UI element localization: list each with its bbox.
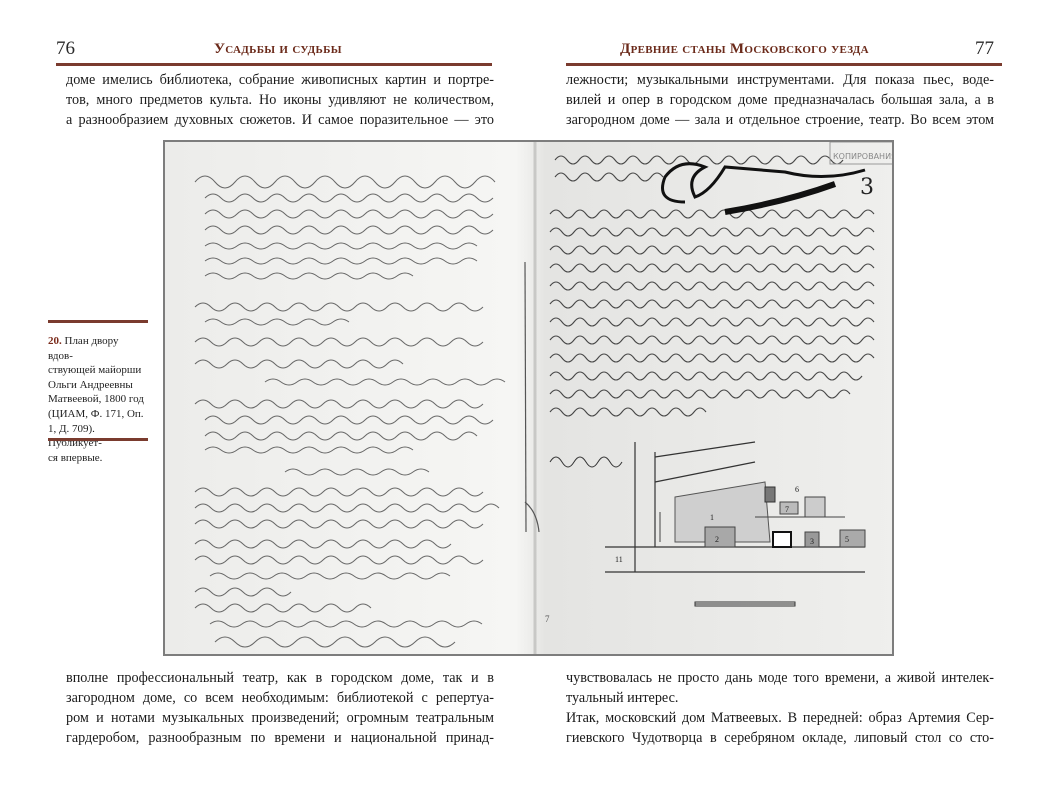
svg-text:6: 6 bbox=[795, 485, 799, 494]
page-number-right: 77 bbox=[975, 38, 994, 60]
figure-number: 20. bbox=[48, 335, 62, 347]
page-number-left: 76 bbox=[56, 38, 75, 60]
svg-text:7: 7 bbox=[545, 614, 550, 624]
header-rule-right bbox=[566, 63, 1002, 66]
svg-text:3: 3 bbox=[860, 175, 874, 200]
caption-line: Ольги Андреевны bbox=[48, 379, 133, 391]
figure-caption: 20. План двору вдов- ствующей майорши Ол… bbox=[48, 334, 144, 465]
svg-text:3: 3 bbox=[810, 537, 814, 546]
svg-text:2: 2 bbox=[715, 535, 719, 544]
caption-line: ся впервые. bbox=[48, 452, 102, 464]
text-line: вполне профессиональный театр, как в гор… bbox=[66, 668, 494, 688]
text-line: тов, много предметов культа. Но иконы уд… bbox=[66, 90, 494, 110]
svg-text:1: 1 bbox=[710, 513, 714, 522]
manuscript-image: 3 КОПИРОВАНИЯ 1 2 3 bbox=[165, 142, 894, 656]
manuscript-figure: 3 КОПИРОВАНИЯ 1 2 3 bbox=[163, 140, 894, 656]
right-top-paragraph: лежности; музыкальными инструментами. Дл… bbox=[566, 70, 994, 130]
caption-line: Матвеевой, 1800 год bbox=[48, 393, 144, 405]
text-line: загородном доме, со всем необходимым: би… bbox=[66, 688, 494, 708]
text-line: туальный интерес. bbox=[566, 688, 994, 708]
archive-stamp: КОПИРОВАНИЯ bbox=[833, 152, 894, 161]
left-top-paragraph: доме имелись библиотека, собрание живопи… bbox=[66, 70, 494, 130]
text-line: ром и нотами музыкальных произведений; о… bbox=[66, 708, 494, 728]
left-bottom-paragraph: вполне профессиональный театр, как в гор… bbox=[66, 668, 494, 748]
text-line: а разнообразием духовных сюжетов. И само… bbox=[66, 110, 494, 130]
right-bottom-paragraph: чувствовалась не просто дань моде того в… bbox=[566, 668, 994, 748]
text-line: лежности; музыкальными инструментами. Дл… bbox=[566, 70, 994, 90]
text-line: доме имелись библиотека, собрание живопи… bbox=[66, 70, 494, 90]
text-line: Итак, московский дом Матвеевых. В передн… bbox=[566, 708, 994, 728]
text-line: гардеробом, разнообразным по времени и н… bbox=[66, 728, 494, 748]
svg-text:11: 11 bbox=[615, 555, 623, 564]
running-head-right: Древние станы Московского уезда bbox=[620, 41, 869, 58]
text-line: гиевского Чудотворца в серебряном окладе… bbox=[566, 728, 994, 748]
text-line: чувствовалась не просто дань моде того в… bbox=[566, 668, 994, 688]
caption-line: (ЦИАМ, Ф. 171, Оп. bbox=[48, 408, 144, 420]
text-line: загородном доме — зала и отдельное строе… bbox=[566, 110, 994, 130]
header-rule-left bbox=[56, 63, 492, 66]
text-line: вилей и опер в городском доме предназнач… bbox=[566, 90, 994, 110]
caption-rule-top bbox=[48, 320, 148, 323]
svg-text:5: 5 bbox=[845, 535, 849, 544]
caption-line: ствующей майорши bbox=[48, 364, 141, 376]
caption-line: 1, Д. 709). Публикует- bbox=[48, 423, 102, 450]
svg-text:7: 7 bbox=[785, 505, 789, 514]
caption-rule-bottom bbox=[48, 438, 148, 441]
running-head-left: Усадьбы и судьбы bbox=[214, 41, 342, 58]
